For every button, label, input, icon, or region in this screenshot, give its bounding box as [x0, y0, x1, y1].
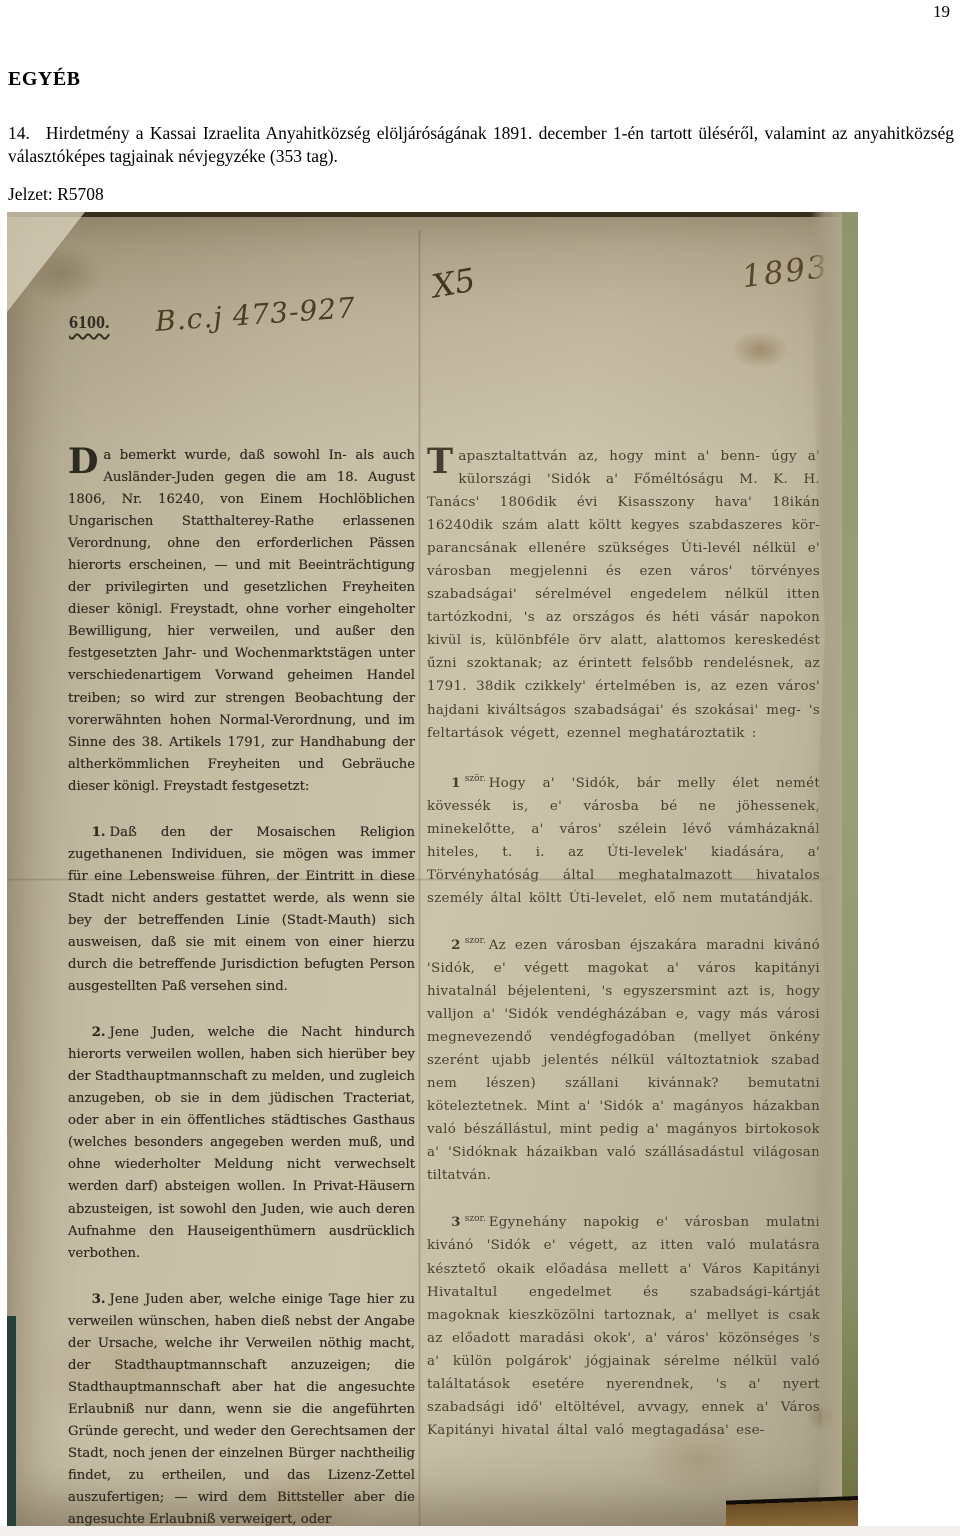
- numbered-paragraph: 3szor.Egynehány napokig e' városban mula…: [427, 1211, 820, 1441]
- numbered-paragraph: 2.Jene Juden, welche die Nacht hindurch …: [68, 1022, 415, 1265]
- german-intro-paragraph: Da bemerkt wurde, daß sowohl In- als auc…: [68, 445, 415, 798]
- hungarian-column: Tapasztaltattván az, hogy mint a' benn- …: [427, 445, 820, 1526]
- catalog-entry: 14.Hirdetmény a Kassai Izraelita Anyahit…: [8, 122, 954, 169]
- hungarian-intro-text: apasztaltattván az, hogy mint a' benn- ú…: [427, 449, 820, 741]
- page-number: 19: [933, 2, 950, 22]
- german-column: Da bemerkt wurde, daß sowohl In- als auc…: [68, 445, 415, 1526]
- german-intro-text: a bemerkt wurde, daß sowohl In- als auch…: [68, 448, 415, 794]
- handwritten-mark: X5: [429, 261, 478, 306]
- photo-top-edge: [7, 212, 858, 217]
- torn-corner: [7, 212, 85, 312]
- handwritten-reference: B.c.j 473-927: [154, 291, 357, 338]
- numbered-paragraph: 3.Jene Juden aber, welche einige Tage hi…: [68, 1289, 415, 1526]
- dark-background-strip: [7, 1316, 16, 1526]
- german-numbered-paragraphs: 1.Daß den der Mosaischen Religion zugeth…: [68, 822, 415, 1526]
- green-backing-strip: [842, 212, 858, 1526]
- document-page: 19 EGYÉB 14.Hirdetmény a Kassai Izraelit…: [0, 0, 960, 1536]
- two-column-text: Da bemerkt wurde, daß sowohl In- als auc…: [68, 445, 820, 1526]
- entry-reference: Jelzet: R5708: [8, 184, 104, 205]
- archival-document-photo: 6100. B.c.j 473-927 X5 1893 Da bemerkt w…: [7, 212, 858, 1526]
- entry-text: Hirdetmény a Kassai Izraelita Anyahitköz…: [8, 123, 954, 166]
- numbered-paragraph: 1ször.Hogy a' 'Sidók, bár melly élet nem…: [427, 772, 820, 910]
- bottom-margin-strip: [0, 1526, 960, 1536]
- section-title: EGYÉB: [8, 68, 81, 91]
- entry-number: 14.: [8, 123, 30, 143]
- registry-number: 6100.: [69, 312, 110, 333]
- wooden-table-corner: [726, 1496, 858, 1526]
- numbered-paragraph: 2szor.Az ezen városban éjszakára maradni…: [427, 934, 820, 1188]
- hungarian-dropcap: T: [427, 445, 458, 477]
- hungarian-numbered-paragraphs: 1ször.Hogy a' 'Sidók, bár melly élet nem…: [427, 772, 820, 1442]
- german-dropcap: D: [68, 445, 103, 477]
- hungarian-intro-paragraph: Tapasztaltattván az, hogy mint a' benn- …: [427, 445, 820, 745]
- numbered-paragraph: 1.Daß den der Mosaischen Religion zugeth…: [68, 822, 415, 998]
